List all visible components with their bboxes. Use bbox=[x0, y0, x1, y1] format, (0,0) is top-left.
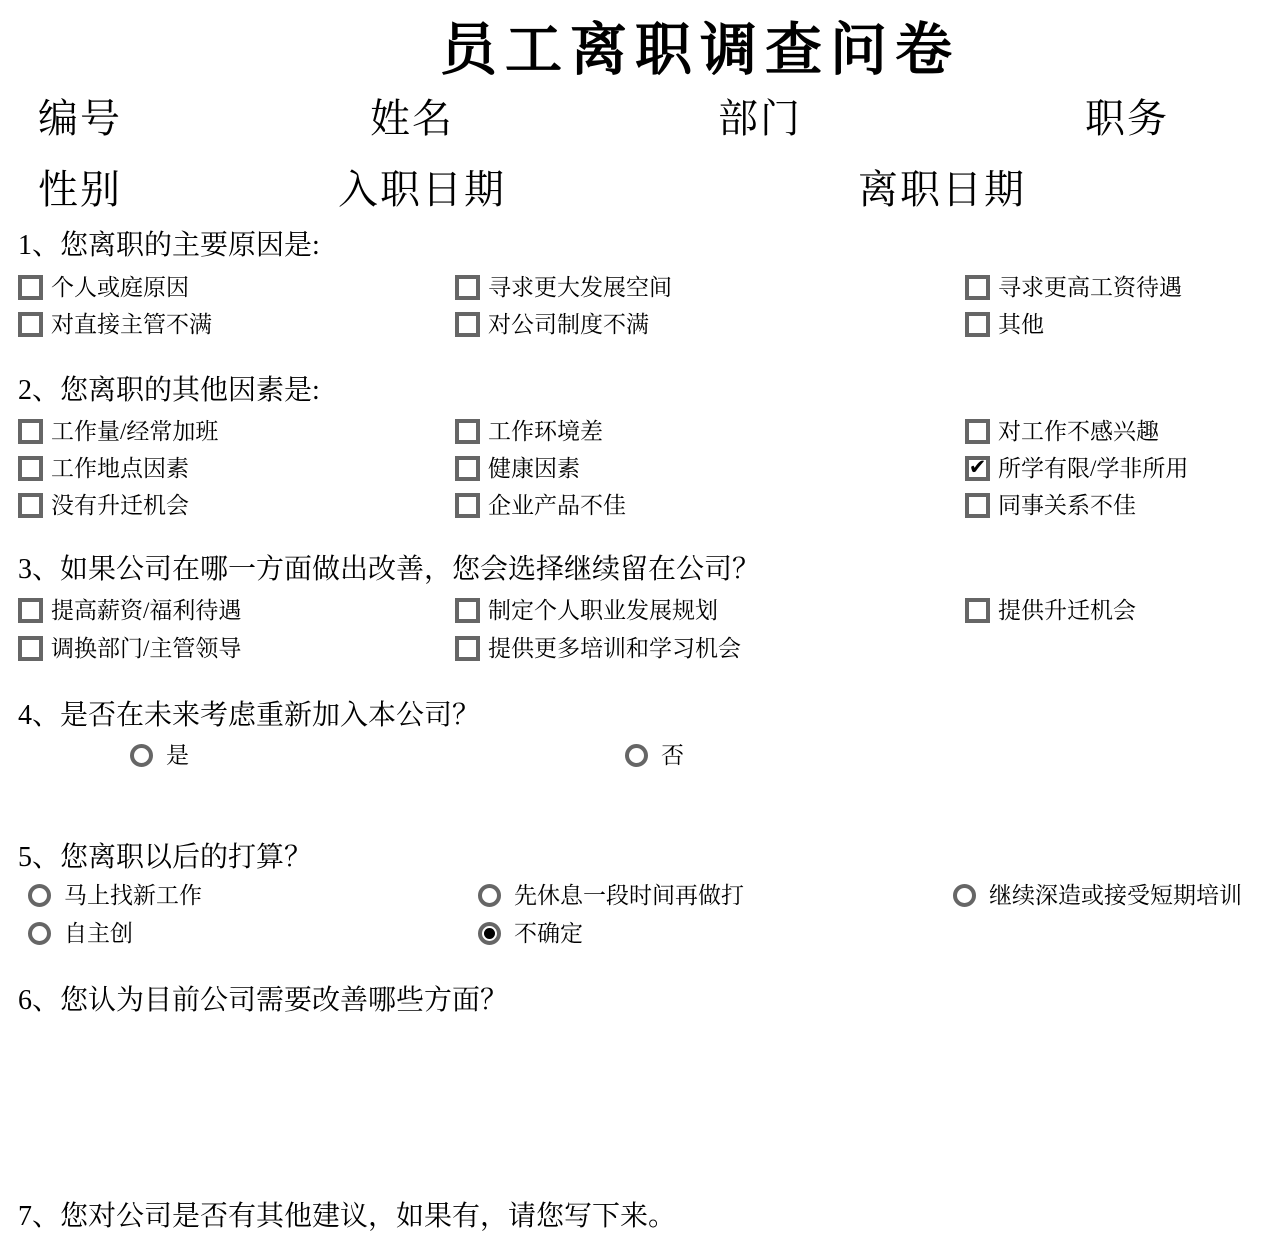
q7-label: 7、您对公司是否有其他建议，如果有，请您写下来。 bbox=[18, 1202, 676, 1233]
option-label: 马上找新工作 bbox=[64, 884, 202, 907]
q3-option-4[interactable]: 提供升迁机会 bbox=[965, 595, 1136, 625]
option-label: 提供升迁机会 bbox=[998, 599, 1136, 622]
checkbox-icon[interactable] bbox=[965, 456, 990, 481]
q2-option-7[interactable]: 所学有限/学非所用 bbox=[965, 453, 1188, 483]
q3-option-1[interactable]: 调换部门/主管领导 bbox=[18, 633, 241, 663]
checkbox-icon[interactable] bbox=[455, 312, 480, 337]
q2-label: 2、您离职的其他因素是: bbox=[18, 376, 320, 407]
option-label: 没有升迁机会 bbox=[51, 494, 189, 517]
field-label-dept: 部门 bbox=[718, 99, 802, 139]
checkbox-icon[interactable] bbox=[18, 598, 43, 623]
q2-option-5[interactable]: 企业产品不佳 bbox=[455, 490, 626, 520]
option-label: 寻求更高工资待遇 bbox=[998, 276, 1182, 299]
option-label: 制定个人职业发展规划 bbox=[488, 599, 718, 622]
q3-label: 3、如果公司在哪一方面做出改善，您会选择继续留在公司？ bbox=[18, 555, 760, 586]
q2-option-3[interactable]: 工作环境差 bbox=[455, 416, 603, 446]
q1-option-3[interactable]: 对公司制度不满 bbox=[455, 309, 649, 339]
q2-option-6[interactable]: 对工作不感兴趣 bbox=[965, 416, 1159, 446]
checkbox-icon[interactable] bbox=[18, 275, 43, 300]
option-label: 调换部门/主管领导 bbox=[51, 637, 241, 660]
q1-option-2[interactable]: 寻求更大发展空间 bbox=[455, 272, 672, 302]
option-label: 提供更多培训和学习机会 bbox=[488, 637, 741, 660]
option-label: 是 bbox=[166, 744, 189, 767]
q2-option-1[interactable]: 工作地点因素 bbox=[18, 453, 189, 483]
radio-icon[interactable] bbox=[130, 744, 153, 767]
q6-label: 6、您认为目前公司需要改善哪些方面？ bbox=[18, 986, 508, 1017]
radio-icon[interactable] bbox=[953, 884, 976, 907]
option-label: 不确定 bbox=[514, 922, 583, 945]
radio-icon[interactable] bbox=[478, 884, 501, 907]
q3-option-2[interactable]: 制定个人职业发展规划 bbox=[455, 595, 718, 625]
q2-option-8[interactable]: 同事关系不佳 bbox=[965, 490, 1136, 520]
q4-label: 4、是否在未来考虑重新加入本公司？ bbox=[18, 701, 480, 732]
option-label: 其他 bbox=[998, 313, 1044, 336]
checkbox-icon[interactable] bbox=[18, 636, 43, 661]
checkbox-icon[interactable] bbox=[965, 493, 990, 518]
checkbox-icon[interactable] bbox=[965, 275, 990, 300]
checkbox-icon[interactable] bbox=[965, 312, 990, 337]
q3-option-0[interactable]: 提高薪资/福利待遇 bbox=[18, 595, 241, 625]
q5-option-3[interactable]: 不确定 bbox=[478, 918, 583, 948]
q5-option-2[interactable]: 先休息一段时间再做打 bbox=[478, 880, 744, 910]
q2-option-0[interactable]: 工作量/经常加班 bbox=[18, 416, 218, 446]
radio-icon[interactable] bbox=[625, 744, 648, 767]
q5-option-4[interactable]: 继续深造或接受短期培训 bbox=[953, 880, 1242, 910]
checkbox-icon[interactable] bbox=[965, 598, 990, 623]
checkbox-icon[interactable] bbox=[18, 456, 43, 481]
field-label-leave-date: 离职日期 bbox=[858, 170, 1026, 210]
checkbox-icon[interactable] bbox=[455, 636, 480, 661]
checkbox-icon[interactable] bbox=[455, 456, 480, 481]
option-label: 对直接主管不满 bbox=[51, 313, 212, 336]
radio-icon[interactable] bbox=[28, 884, 51, 907]
q1-option-4[interactable]: 寻求更高工资待遇 bbox=[965, 272, 1182, 302]
field-label-hire-date: 入职日期 bbox=[338, 170, 506, 210]
option-label: 继续深造或接受短期培训 bbox=[989, 884, 1242, 907]
q2-option-4[interactable]: 健康因素 bbox=[455, 453, 580, 483]
field-label-no: 编号 bbox=[38, 99, 122, 139]
option-label: 自主创 bbox=[64, 922, 133, 945]
q4-option-1[interactable]: 否 bbox=[625, 740, 684, 770]
checkbox-icon[interactable] bbox=[455, 493, 480, 518]
q1-option-5[interactable]: 其他 bbox=[965, 309, 1044, 339]
q1-option-1[interactable]: 对直接主管不满 bbox=[18, 309, 212, 339]
option-label: 企业产品不佳 bbox=[488, 494, 626, 517]
option-label: 同事关系不佳 bbox=[998, 494, 1136, 517]
option-label: 提高薪资/福利待遇 bbox=[51, 599, 241, 622]
checkbox-icon[interactable] bbox=[455, 275, 480, 300]
field-label-position: 职务 bbox=[1085, 99, 1169, 139]
checkbox-icon[interactable] bbox=[18, 419, 43, 444]
field-label-name: 姓名 bbox=[370, 99, 454, 139]
option-label: 工作环境差 bbox=[488, 420, 603, 443]
q5-label: 5、您离职以后的打算？ bbox=[18, 843, 312, 874]
radio-icon[interactable] bbox=[28, 922, 51, 945]
option-label: 对公司制度不满 bbox=[488, 313, 649, 336]
q3-option-3[interactable]: 提供更多培训和学习机会 bbox=[455, 633, 741, 663]
q1-option-0[interactable]: 个人或庭原因 bbox=[18, 272, 189, 302]
checkbox-icon[interactable] bbox=[965, 419, 990, 444]
q1-label: 1、您离职的主要原因是: bbox=[18, 231, 320, 262]
option-label: 先休息一段时间再做打 bbox=[514, 884, 744, 907]
q4-option-0[interactable]: 是 bbox=[130, 740, 189, 770]
checkbox-icon[interactable] bbox=[455, 598, 480, 623]
radio-icon[interactable] bbox=[478, 922, 501, 945]
q5-option-1[interactable]: 自主创 bbox=[28, 918, 133, 948]
option-label: 对工作不感兴趣 bbox=[998, 420, 1159, 443]
option-label: 所学有限/学非所用 bbox=[998, 457, 1188, 480]
checkbox-icon[interactable] bbox=[18, 493, 43, 518]
option-label: 健康因素 bbox=[488, 457, 580, 480]
q2-option-2[interactable]: 没有升迁机会 bbox=[18, 490, 189, 520]
q5-option-0[interactable]: 马上找新工作 bbox=[28, 880, 202, 910]
checkbox-icon[interactable] bbox=[455, 419, 480, 444]
option-label: 个人或庭原因 bbox=[51, 276, 189, 299]
field-label-gender: 性别 bbox=[38, 170, 122, 210]
checkbox-icon[interactable] bbox=[18, 312, 43, 337]
option-label: 工作地点因素 bbox=[51, 457, 189, 480]
form-title: 员工离职调查问卷 bbox=[440, 4, 960, 86]
option-label: 寻求更大发展空间 bbox=[488, 276, 672, 299]
option-label: 否 bbox=[661, 744, 684, 767]
option-label: 工作量/经常加班 bbox=[51, 420, 218, 443]
questionnaire-page: 员工离职调查问卷 编号 姓名 部门 职务 性别 入职日期 离职日期 1、您离职的… bbox=[0, 0, 1267, 1247]
